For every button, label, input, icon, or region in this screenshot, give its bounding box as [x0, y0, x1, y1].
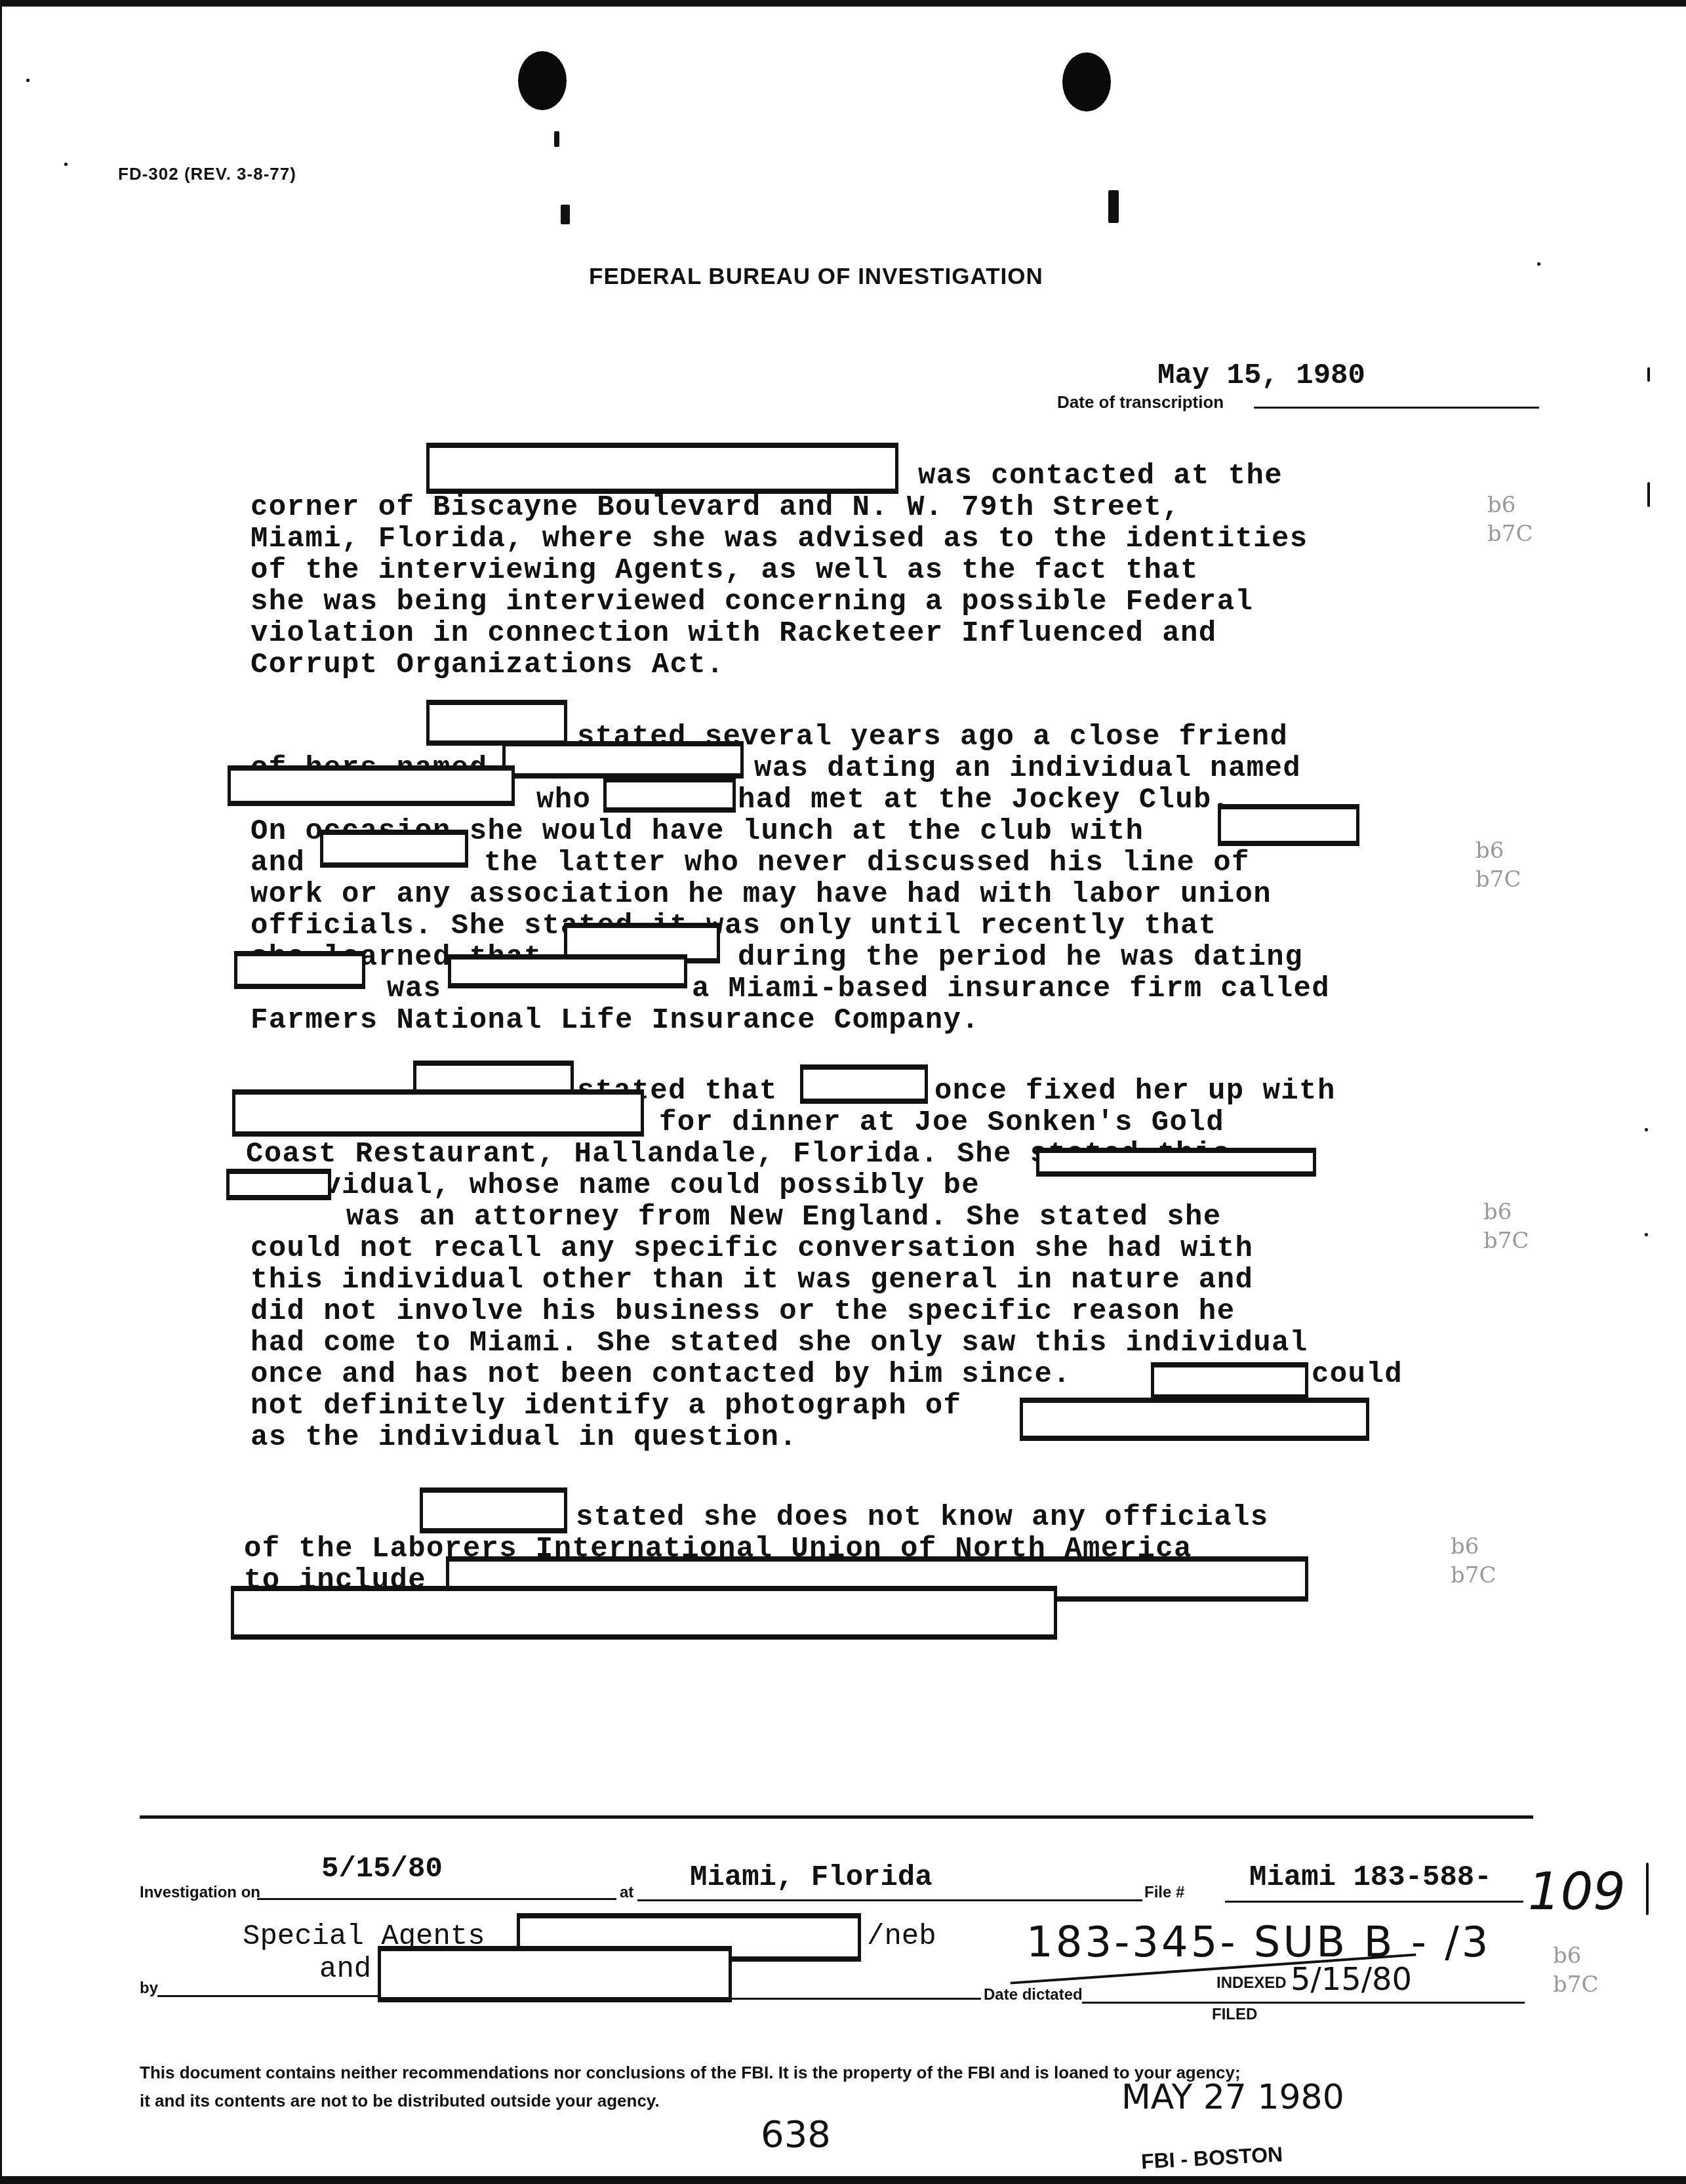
body-line: did not involve his business or the spec…	[251, 1296, 1235, 1327]
page-number: 638	[761, 2113, 831, 2156]
exemption-b6: b6	[1487, 491, 1533, 519]
redaction-box	[320, 830, 468, 868]
indexed-stamp-label: INDEXED	[1216, 1974, 1287, 1992]
filed-stamp-label: FILED	[1212, 2006, 1257, 2024]
redaction-box	[800, 1064, 928, 1104]
scan-speck	[26, 79, 30, 82]
exemption-code-group: b6 b7C	[1483, 1198, 1529, 1255]
scan-speck	[1645, 1128, 1648, 1131]
exemption-b7c: b7C	[1475, 865, 1521, 894]
punch-hole-left	[518, 51, 567, 110]
exemption-b6: b6	[1553, 1941, 1598, 1970]
exemption-b6: b6	[1451, 1532, 1496, 1561]
exemption-b7c: b7C	[1483, 1226, 1529, 1255]
redaction-box	[378, 1946, 732, 2002]
handwritten-file-number: 183-345- SUB B - /3	[1026, 1918, 1491, 1967]
body-line: once fixed her up with	[934, 1076, 1336, 1107]
scan-speck	[1646, 1863, 1649, 1915]
body-line: Miami, Florida, where she was advised as…	[251, 523, 1308, 555]
body-line: was	[387, 973, 441, 1005]
scan-speck	[1108, 190, 1119, 223]
disclaimer-line-2: it and its contents are not to be distri…	[140, 2091, 660, 2111]
redaction-box	[603, 777, 736, 813]
transcription-date-value: May 15, 1980	[1157, 359, 1365, 392]
location-value: Miami, Florida	[690, 1861, 933, 1894]
redaction-box	[448, 954, 687, 988]
and-label: and	[319, 1953, 371, 1986]
at-label: at	[620, 1884, 633, 1902]
body-line: of the interviewing Agents, as well as t…	[251, 555, 1199, 586]
redaction-box	[1151, 1362, 1308, 1400]
form-number: FD-302 (REV. 3-8-77)	[118, 164, 296, 184]
investigation-date-value: 5/15/80	[321, 1853, 443, 1886]
handwritten-serial: 109	[1528, 1863, 1626, 1922]
redaction-box	[234, 951, 365, 989]
body-line: had met at the Jockey Club.	[738, 784, 1230, 816]
body-line: Farmers National Life Insurance Company.	[251, 1005, 980, 1036]
scan-edge-bottom	[0, 2176, 1686, 2184]
body-line: who	[536, 784, 591, 816]
body-line: officials. She stated it was only until …	[251, 910, 1217, 942]
exemption-b7c: b7C	[1553, 1970, 1598, 1999]
redaction-box	[420, 1487, 567, 1533]
transcription-date-label: Date of transcription	[1057, 392, 1224, 413]
body-line: not definitely identify a photograph of	[251, 1390, 961, 1422]
body-line: this individual other than it was genera…	[251, 1264, 1253, 1296]
body-line: work or any association he may have had …	[251, 879, 1272, 910]
redaction-box	[426, 700, 567, 746]
body-line: and	[251, 847, 305, 879]
body-line: could	[1312, 1359, 1403, 1390]
scan-speck	[554, 131, 559, 147]
date-dictated-label: Date dictated	[984, 1986, 1083, 2004]
office-stamp: FBI - BOSTON	[1140, 2142, 1283, 2174]
typist-initials: /neb	[867, 1920, 936, 1953]
scan-speck	[561, 205, 570, 224]
date-dictated-rule	[1082, 2002, 1525, 2004]
agency-title: FEDERAL BUREAU OF INVESTIGATION	[589, 264, 1043, 290]
by-rule	[157, 1995, 378, 1997]
body-line: the latter who never discussed his line …	[484, 847, 1250, 879]
body-line: stated she does not know any officials	[576, 1502, 1269, 1533]
investigation-on-label: Investigation on	[140, 1884, 260, 1902]
file-number-value: Miami 183-588-	[1249, 1861, 1492, 1894]
exemption-b7c: b7C	[1451, 1561, 1496, 1590]
body-line: had come to Miami. She stated she only s…	[251, 1327, 1308, 1359]
received-date-stamp: MAY 27 1980	[1121, 2078, 1344, 2117]
redaction-box	[1020, 1398, 1369, 1441]
transcription-date-rule	[1254, 407, 1539, 409]
redaction-box	[231, 1586, 1057, 1640]
by-rule-right	[732, 1998, 981, 2000]
redaction-box	[502, 741, 744, 779]
redaction-box	[232, 1089, 644, 1137]
body-line: individual, whose name could possibly be	[251, 1170, 980, 1202]
disclaimer-line-1: This document contains neither recommend…	[140, 2063, 1241, 2083]
exemption-code-group: b6 b7C	[1451, 1532, 1496, 1590]
scan-speck	[1647, 367, 1650, 382]
file-number-rule	[1225, 1901, 1523, 1903]
exemption-code-group: b6 b7C	[1487, 491, 1533, 548]
scan-speck	[1647, 482, 1650, 507]
scan-speck	[1645, 1233, 1648, 1236]
exemption-b6: b6	[1483, 1198, 1529, 1226]
file-number-label: File #	[1144, 1884, 1184, 1902]
fd302-document-page: FD-302 (REV. 3-8-77) FEDERAL BUREAU OF I…	[0, 0, 1686, 2184]
footer-divider	[140, 1815, 1533, 1819]
scan-speck	[1537, 262, 1540, 266]
body-line: corner of Biscayne Boulevard and N. W. 7…	[251, 492, 1180, 523]
by-label: by	[140, 1979, 158, 1998]
body-line: as the individual in question.	[251, 1422, 797, 1453]
scan-edge-left	[0, 0, 2, 2184]
body-line: she was being interviewed concerning a p…	[251, 586, 1253, 618]
body-line: during the period he was dating	[738, 942, 1303, 973]
punch-hole-right	[1062, 52, 1111, 111]
redaction-box	[228, 765, 515, 806]
body-line: once and has not been contacted by him s…	[251, 1359, 1071, 1390]
body-line: could not recall any specific conversati…	[251, 1233, 1253, 1264]
body-line: was an attorney from New England. She st…	[346, 1202, 1222, 1233]
redaction-box	[1218, 804, 1359, 846]
body-line: was dating an individual named	[754, 753, 1301, 784]
body-line: was contacted at the	[918, 460, 1283, 492]
indexed-date: 5/15/80	[1291, 1961, 1412, 1998]
scan-edge-top	[0, 0, 1686, 7]
investigation-on-rule	[257, 1898, 616, 1900]
redaction-box	[226, 1169, 331, 1200]
exemption-code-group: b6 b7C	[1475, 836, 1521, 894]
body-line: Corrupt Organizations Act.	[251, 649, 725, 681]
scan-speck	[64, 163, 68, 166]
body-line: for dinner at Joe Sonken's Gold	[659, 1107, 1224, 1139]
redaction-box	[1036, 1148, 1316, 1177]
exemption-b7c: b7C	[1487, 519, 1533, 548]
exemption-b6: b6	[1475, 836, 1521, 865]
redaction-box	[426, 443, 898, 494]
exemption-code-group: b6 b7C	[1553, 1941, 1598, 1999]
at-rule	[637, 1899, 1142, 1901]
body-line: a Miami-based insurance firm called	[692, 973, 1330, 1005]
body-line: violation in connection with Racketeer I…	[251, 618, 1217, 649]
